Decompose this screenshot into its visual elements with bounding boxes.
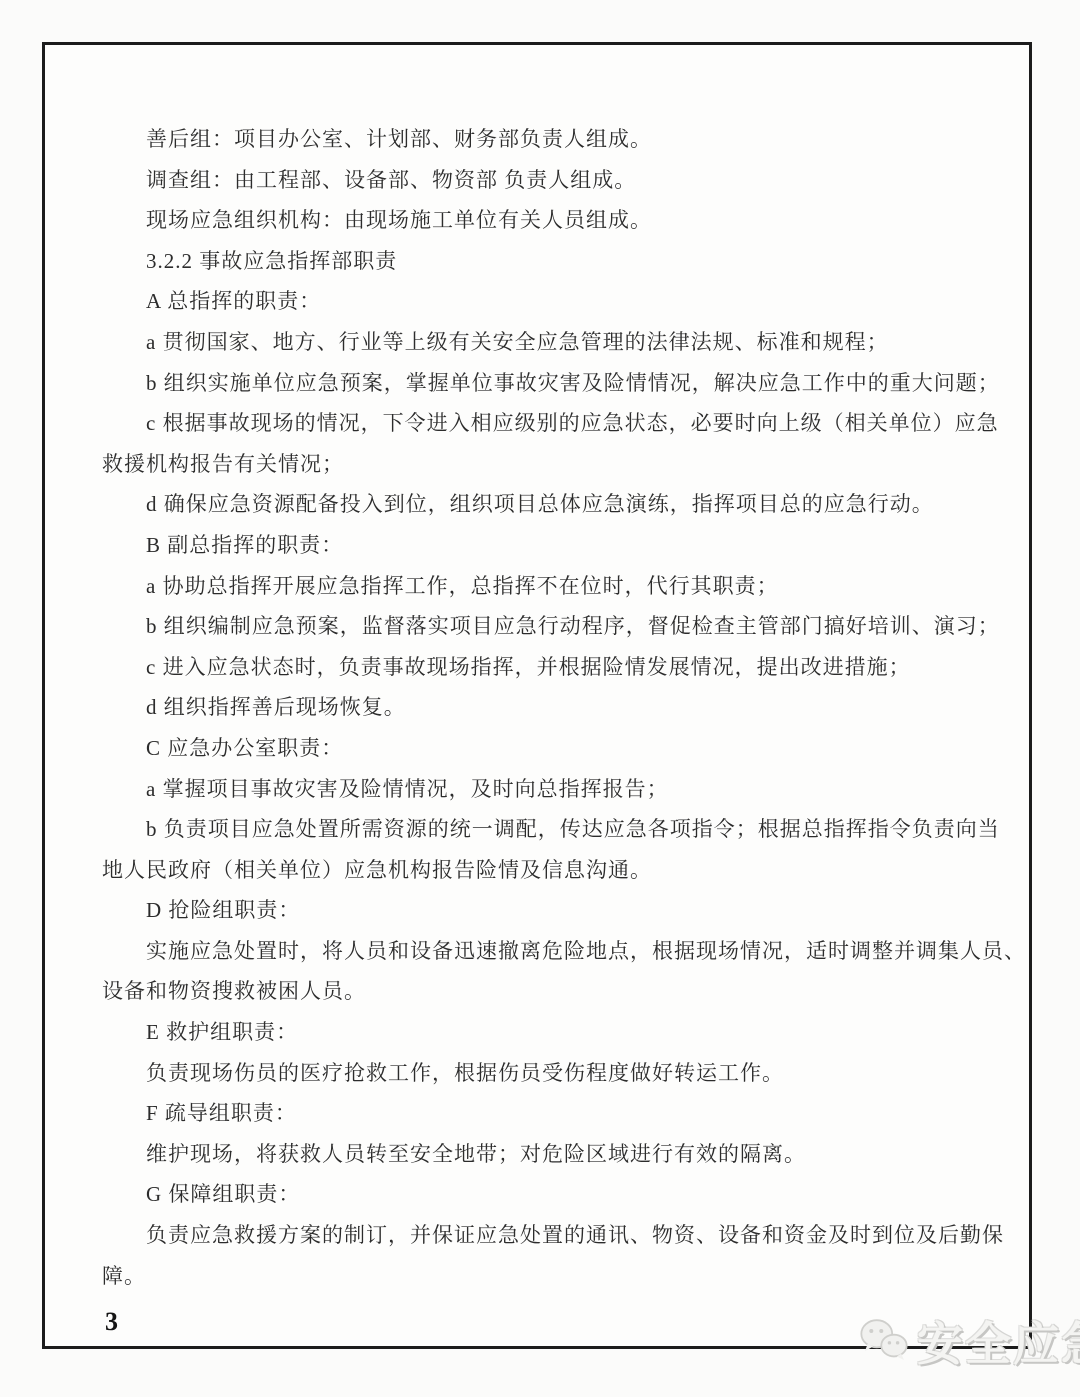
- text-line: c 根据事故现场的情况，下令进入相应级别的应急状态，必要时向上级（相关单位）应急: [102, 403, 982, 444]
- text-line: b 组织实施单位应急预案，掌握单位事故灾害及险情情况，解决应急工作中的重大问题；: [102, 363, 982, 404]
- section-heading: 3.2.2 事故应急指挥部职责: [102, 241, 982, 282]
- text-line: 调查组：由工程部、设备部、物资部 负责人组成。: [102, 160, 982, 201]
- text-line: d 组织指挥善后现场恢复。: [102, 687, 982, 728]
- text-line: 实施应急处置时，将人员和设备迅速撤离危险地点，根据现场情况，适时调整并调集人员、: [102, 931, 982, 972]
- text-line: 负责现场伤员的医疗抢救工作，根据伤员受伤程度做好转运工作。: [102, 1053, 982, 1094]
- page-border-frame: 善后组：项目办公室、计划部、财务部负责人组成。 调查组：由工程部、设备部、物资部…: [42, 42, 1032, 1349]
- text-line: C 应急办公室职责：: [102, 728, 982, 769]
- text-line: a 掌握项目事故灾害及险情情况，及时向总指挥报告；: [102, 769, 982, 810]
- text-line: 设备和物资搜救被困人员。: [102, 971, 982, 1012]
- page-number: 3: [105, 1307, 118, 1337]
- text-line: 负责应急救援方案的制订，并保证应急处置的通讯、物资、设备和资金及时到位及后勤保: [102, 1215, 982, 1256]
- text-line: a 贯彻国家、地方、行业等上级有关安全应急管理的法律法规、标准和规程；: [102, 322, 982, 363]
- text-line: G 保障组职责：: [102, 1174, 982, 1215]
- document-body: 善后组：项目办公室、计划部、财务部负责人组成。 调查组：由工程部、设备部、物资部…: [102, 119, 982, 1296]
- text-line: d 确保应急资源配备投入到位，组织项目总体应急演练，指挥项目总的应急行动。: [102, 484, 982, 525]
- text-line: D 抢险组职责：: [102, 890, 982, 931]
- text-line: E 救护组职责：: [102, 1012, 982, 1053]
- text-line: B 副总指挥的职责：: [102, 525, 982, 566]
- text-line: 地人民政府（相关单位）应急机构报告险情及信息沟通。: [102, 850, 982, 891]
- text-line: c 进入应急状态时，负责事故现场指挥，并根据险情发展情况，提出改进措施；: [102, 647, 982, 688]
- text-line: a 协助总指挥开展应急指挥工作，总指挥不在位时，代行其职责；: [102, 566, 982, 607]
- text-line: A 总指挥的职责：: [102, 281, 982, 322]
- text-line: 善后组：项目办公室、计划部、财务部负责人组成。: [102, 119, 982, 160]
- text-line: 救援机构报告有关情况；: [102, 444, 982, 485]
- scanned-document-page: 善后组：项目办公室、计划部、财务部负责人组成。 调查组：由工程部、设备部、物资部…: [0, 0, 1080, 1397]
- text-line: F 疏导组职责：: [102, 1093, 982, 1134]
- text-line: 现场应急组织机构：由现场施工单位有关人员组成。: [102, 200, 982, 241]
- text-line: b 负责项目应急处置所需资源的统一调配，传达应急各项指令；根据总指挥指令负责向当: [102, 809, 982, 850]
- text-line: 维护现场，将获救人员转至安全地带；对危险区域进行有效的隔离。: [102, 1134, 982, 1175]
- text-line: b 组织编制应急预案，监督落实项目应急行动程序，督促检查主管部门搞好培训、演习；: [102, 606, 982, 647]
- text-line: 障。: [102, 1256, 982, 1297]
